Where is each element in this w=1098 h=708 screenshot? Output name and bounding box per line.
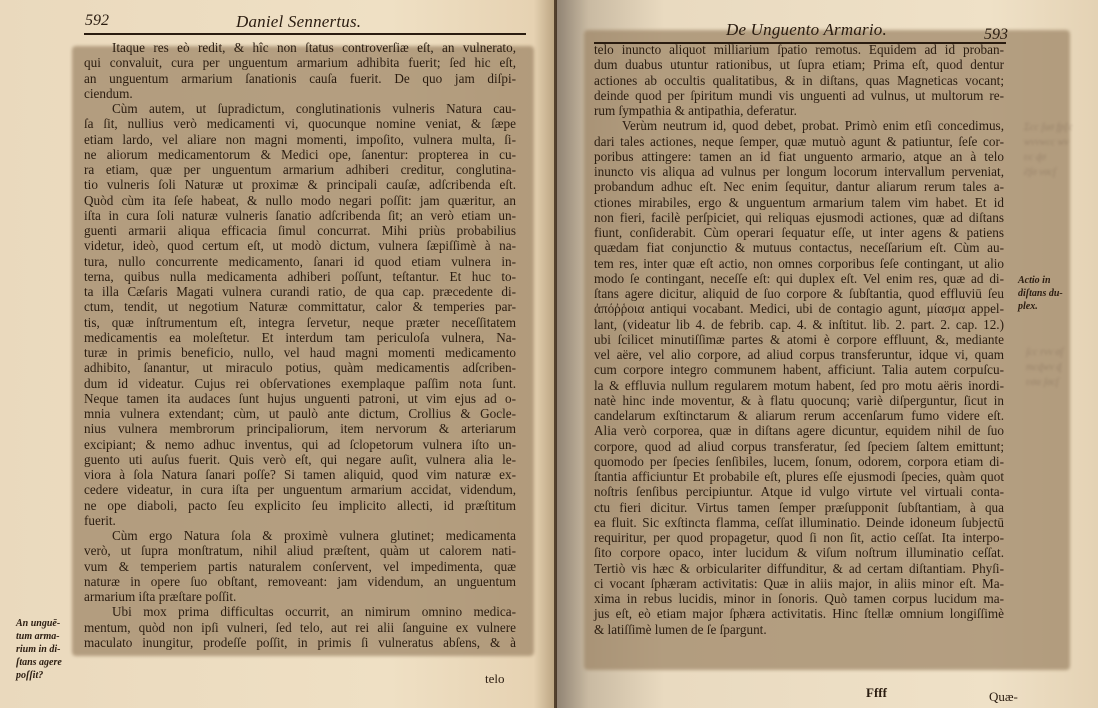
text-line: ne aliorum medicamentorum & Medici ope, … [84, 147, 516, 162]
right-margin-note: Actio indiſtans du-plex. [1018, 274, 1088, 313]
show-through-text: Ʃcc ſuσ fp[cwvvwcc wvʋc ɖσƧſσ vσcſ [1024, 120, 1073, 180]
text-line: rum ſympathia & antipathia, deferatur. [594, 103, 1004, 118]
text-line: actiones ab occultis qualitatibus, & in … [594, 73, 1004, 88]
text-line: ci vocant ſphæram activitatis: Quæ in al… [594, 576, 1004, 591]
text-line: Tertiò vis hæc & orbiculariter diffundit… [594, 561, 1004, 576]
text-line: noſtris ſenſibus percipiuntur. Atque id … [594, 484, 1004, 499]
text-line: verò, ut ſupra monſtratum, nihil aliud p… [84, 543, 516, 558]
text-line: guento uti auſus fuerit. Quis verò eſt, … [84, 452, 516, 467]
margin-note-line: An unguē- [16, 617, 76, 630]
text-line: ctum, tendit, ut negotium Naturæ committ… [84, 299, 516, 314]
text-line: ctiones mirabiles, ergo & unguentum arma… [594, 195, 1004, 210]
text-line: mnia vulnera extendant; cùm, ut paulò an… [84, 406, 516, 421]
text-line: iſta in cura ſoli naturæ vulneris ſanati… [84, 208, 516, 223]
text-line: ta illa Cæſaris Magati vulnera curandi r… [84, 284, 516, 299]
text-line: etiam lardo, vel aliare non magni moment… [84, 132, 516, 147]
margin-note-line: ſtans agere [16, 656, 76, 669]
margin-note-line: diſtans du- [1018, 287, 1088, 300]
right-running-head: De Unguento Armario. [726, 20, 887, 40]
text-line: an unguentum armarium ſanationis cauſa f… [84, 71, 516, 86]
text-line: ſa ſit, nullius verò medicamenti vi, quo… [84, 116, 516, 131]
text-line: telo inuncto aliquot milliarium ſpatio r… [594, 42, 1004, 57]
margin-note-line: plex. [1018, 300, 1088, 313]
text-line: lant, (videatur lib 4. de febrib. cap. 4… [594, 317, 1004, 332]
text-line: tura, nullo concurrente medicamento, ſan… [84, 254, 516, 269]
text-line: Ubi mox prima difficultas occurrit, an n… [84, 604, 516, 619]
text-line: turæ in primis beneficio, nullo, vel hau… [84, 345, 516, 360]
margin-note-line: rium in di- [16, 643, 76, 656]
text-line: ne ope diaboli, pacto ſeu explicito ſeu … [84, 498, 516, 513]
text-line: dum id videatur. Cujus rei obſervationes… [84, 376, 516, 391]
left-catchword: telo [485, 671, 505, 687]
text-line: dari tales actiones, neque ſemper, quæ m… [594, 134, 1004, 149]
text-line: tio vulneris ſoli Naturæ ut proximæ & pr… [84, 177, 516, 192]
text-line: ra etiam, quæ per unguentum armarium adh… [84, 162, 516, 177]
text-line: jus eſt, eò etiam major ſphæra activitat… [594, 606, 1004, 621]
text-line: ctu fieri dicitur. Virtus tamen ſemper p… [594, 500, 1004, 515]
text-line: ſtans agere dicitur, aliquid de ſuo corp… [594, 286, 1004, 301]
text-line: fiunt, conſiderabit. Cùm operari ſequatu… [594, 225, 1004, 240]
margin-note-line: tum arma- [16, 630, 76, 643]
text-line: quædam fiat conjunctio & mutuus contactu… [594, 240, 1004, 255]
text-line: ciendum. [84, 86, 516, 101]
show-through-text: ſcc rvv σſmcɖwv ɖʋσα ſσcſ [1026, 345, 1063, 390]
text-line: mentum, quòd non ipſi vulneri, ſed telo,… [84, 620, 516, 635]
margin-note-line: poſſit? [16, 669, 76, 682]
text-line: cum corpore integro communem habent, aff… [594, 362, 1004, 377]
text-line: fuerit. [84, 513, 516, 528]
text-line: guenti armarii aliqua efficacia ſimul co… [84, 223, 516, 238]
left-page: 592 Daniel Sennertus. Itaque res eò redi… [0, 0, 556, 708]
right-page: De Unguento Armario. 593 telo inuncto al… [556, 0, 1098, 708]
left-page-number: 592 [85, 12, 109, 30]
text-line: Quòd cùm ita ſeſe habeat, & nullo modo n… [84, 193, 516, 208]
text-line: Cùm autem, ut ſupradictum, conglutinatio… [84, 101, 516, 116]
signature-mark: Ffff [866, 685, 887, 701]
text-line: Cùm ergo Natura ſola & proximè vulnera g… [84, 528, 516, 543]
text-line: vel aëre, vel alio corpore, ad aliud cor… [594, 347, 1004, 362]
text-line: dum duabus utuntur rationibus, ut ſupra … [594, 57, 1004, 72]
text-line: maculato inungitur, prodeſſe poſſit, in … [84, 635, 516, 650]
text-line: requiritur, per quod propagetur, quod ſi… [594, 530, 1004, 545]
text-line: xima in rebus lucidis, minor in ſonoris.… [594, 591, 1004, 606]
text-line: naturæ in opere ſuo obſtant, removeant: … [84, 574, 516, 589]
text-line: ea fluit. Sic exſtincta flamma, ceſſat i… [594, 515, 1004, 530]
right-body-text: telo inuncto aliquot milliarium ſpatio r… [594, 42, 1004, 637]
text-line: & latiſſimè lumen de ſe ſpargunt. [594, 622, 1004, 637]
text-line: excipiant; & nemo adhuc inventus, qui ad… [84, 437, 516, 452]
text-line: viora à ſola Natura ſanari poſſe? Si tam… [84, 467, 516, 482]
text-line: vum & temperiem partis naturalem conſerv… [84, 559, 516, 574]
text-line: corpore, quod ad aliud corpus transferat… [594, 439, 1004, 454]
text-line: tis, quæ inſtrumentum eſt, integra ſerve… [84, 315, 516, 330]
text-line: inuncto vis aliqua ad vulnus per longum … [594, 164, 1004, 179]
text-line: la & effluvia nullum regularem motum hab… [594, 378, 1004, 393]
text-line: qui convaluit, cura per unguentum armari… [84, 55, 516, 70]
text-line: medicamentis ea moleſtetur. Et interdum … [84, 330, 516, 345]
text-line: probandum adhuc eſt. Nec enim ſequitur, … [594, 179, 1004, 194]
text-line: Neque tamen ita audaces ſunt hujus ungue… [84, 391, 516, 406]
left-running-head: Daniel Sennertus. [236, 12, 361, 32]
text-line: terna, quibus nulla medicamenta adhiberi… [84, 269, 516, 284]
text-line: Itaque res eò redit, & hîc non ſtatus co… [84, 40, 516, 55]
left-body-text: Itaque res eò redit, & hîc non ſtatus co… [84, 40, 516, 650]
text-line: ſito corpore opaco, inter lucidum & viſu… [594, 545, 1004, 560]
text-line: ubi ſcilicet minutiſſimæ partes & atomi … [594, 332, 1004, 347]
text-line: non fieri, facilè perſpiciet, qui reliqu… [594, 210, 1004, 225]
text-line: candelarum exſtinctarum & aliarum rerum … [594, 408, 1004, 423]
text-line: Verùm neutrum id, quod debet, probat. Pr… [594, 118, 1004, 133]
text-line: videtur, ideò, quod certum eſt, ut modò … [84, 238, 516, 253]
margin-note-line: Actio in [1018, 274, 1088, 287]
text-line: modo ſe contingant, neceſſe eſt: qui dup… [594, 271, 1004, 286]
text-line: quomodo per ſpecies ſenſibiles, lucem, ſ… [594, 454, 1004, 469]
book-spread: 592 Daniel Sennertus. Itaque res eò redi… [0, 0, 1098, 708]
text-line: ἀπόῤῥοια antiqui vocabant. Medici, ubi d… [594, 301, 1004, 316]
left-margin-note: An unguē-tum arma-rium in di-ſtans agere… [16, 617, 76, 682]
text-line: armarium iſta præſtare poſſit. [84, 589, 516, 604]
text-line: ſtantia afficiuntur Et probabile eſt, pl… [594, 469, 1004, 484]
header-rule [84, 33, 526, 35]
book-gutter [554, 0, 557, 708]
right-catchword: Quæ- [989, 689, 1018, 705]
text-line: deinde quod per ſpiritum mundi vis ungue… [594, 88, 1004, 103]
text-line: poribus attingere: tamen an id fiat ungu… [594, 149, 1004, 164]
text-line: tem res, inter quæ eſt actio, non omnes … [594, 256, 1004, 271]
text-line: cedere videatur, in cura iſta per unguen… [84, 482, 516, 497]
text-line: nius vulnera membrorum principaliorum, i… [84, 421, 516, 436]
text-line: Alia verò corporea, quæ in diſtans agere… [594, 423, 1004, 438]
text-line: adhibito, ſanantur, ut miraculo potius, … [84, 360, 516, 375]
text-line: natè hinc inde moventur, & à flatu quocu… [594, 393, 1004, 408]
